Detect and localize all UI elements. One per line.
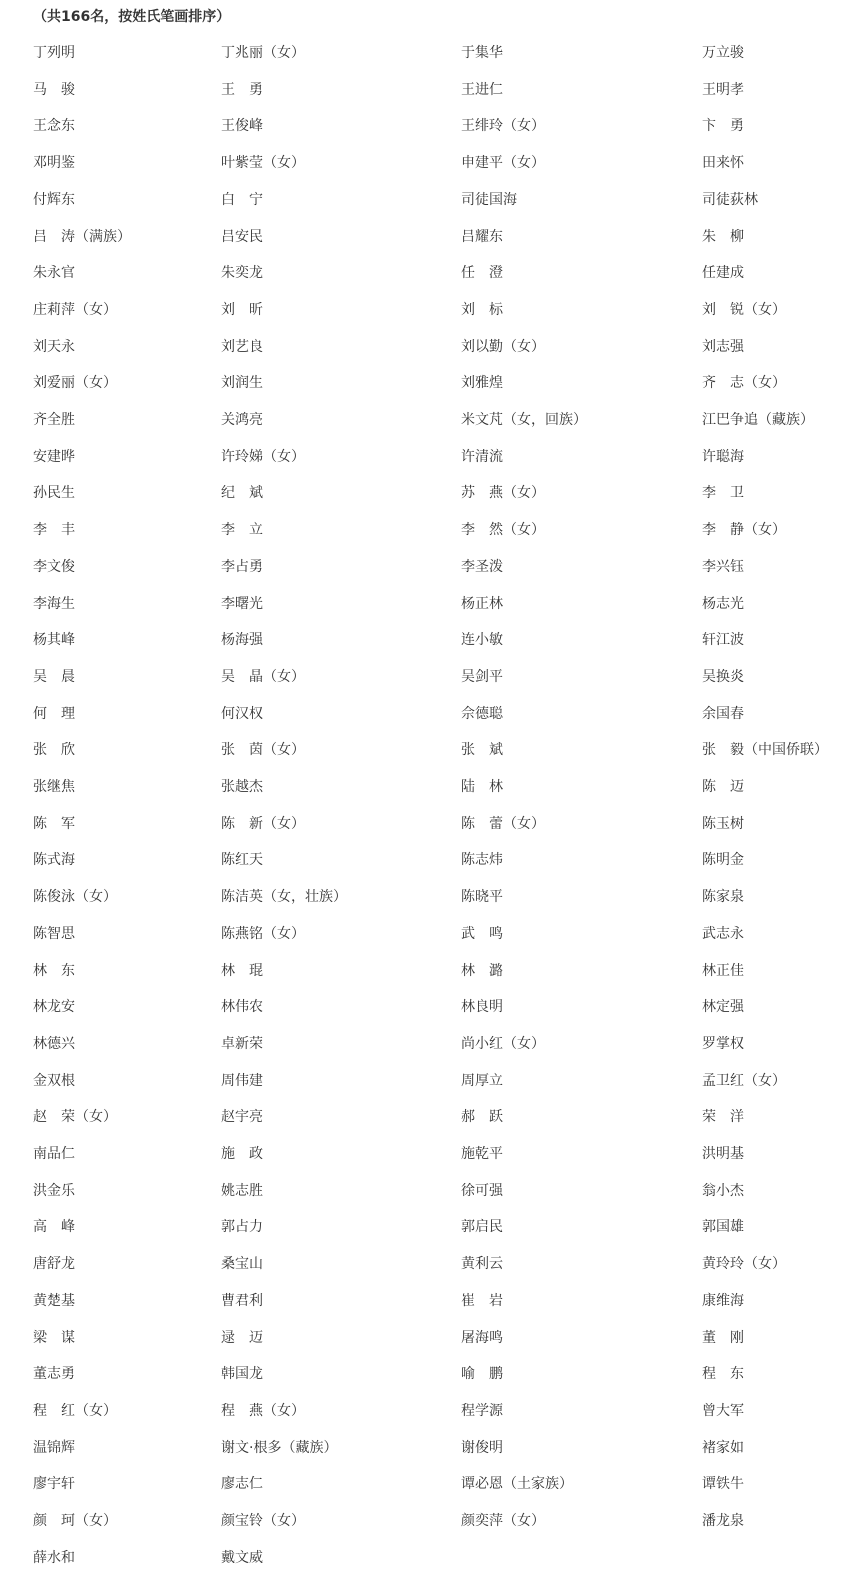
name-entry: 纪 斌 — [221, 483, 263, 503]
name-entry: 丁兆丽（女） — [221, 43, 305, 63]
name-entry: 张越杰 — [221, 777, 263, 797]
name-entry: 李 然（女） — [461, 520, 545, 540]
name-entry: 司徒国海 — [461, 190, 517, 210]
name-entry: 谭必恩（土家族） — [461, 1474, 573, 1494]
name-entry: 邓明鉴 — [33, 153, 75, 173]
name-entry: 高 峰 — [33, 1217, 75, 1237]
name-entry: 林龙安 — [33, 997, 75, 1017]
name-entry: 褚家如 — [702, 1438, 744, 1458]
name-entry: 黄利云 — [461, 1254, 503, 1274]
name-entry: 陈洁英（女，壮族） — [221, 887, 347, 907]
name-entry: 程学源 — [461, 1401, 503, 1421]
name-entry: 戴文威 — [221, 1548, 263, 1568]
name-row: 庄莉萍（女）刘 昕刘 标刘 锐（女） — [0, 300, 848, 320]
name-entry: 林德兴 — [33, 1034, 75, 1054]
name-entry: 王俊峰 — [221, 116, 263, 136]
name-entry: 桑宝山 — [221, 1254, 263, 1274]
name-entry: 李海生 — [33, 594, 75, 614]
name-entry: 陈玉树 — [702, 814, 744, 834]
name-row: 黄楚基曹君利崔 岩康维海 — [0, 1291, 848, 1311]
name-entry: 周伟建 — [221, 1071, 263, 1091]
name-entry: 朱奕龙 — [221, 263, 263, 283]
name-entry: 黄玲玲（女） — [702, 1254, 786, 1274]
name-entry: 孟卫红（女） — [702, 1071, 786, 1091]
name-entry: 荣 洋 — [702, 1107, 744, 1127]
name-row: 付辉东白 宁司徒国海司徒荻林 — [0, 190, 848, 210]
name-row: 朱永官朱奕龙任 澄任建成 — [0, 263, 848, 283]
name-entry: 杨志光 — [702, 594, 744, 614]
name-entry: 轩江波 — [702, 630, 744, 650]
name-entry: 董志勇 — [33, 1364, 75, 1384]
name-entry: 翁小杰 — [702, 1181, 744, 1201]
name-entry: 吴剑平 — [461, 667, 503, 687]
name-entry: 陈燕铭（女） — [221, 924, 305, 944]
name-row: 吕 涛（满族）吕安民吕耀东朱 柳 — [0, 227, 848, 247]
name-entry: 齐全胜 — [33, 410, 75, 430]
name-entry: 张 茵（女） — [221, 740, 305, 760]
name-entry: 程 红（女） — [33, 1401, 117, 1421]
name-row: 陈俊泳（女）陈洁英（女，壮族）陈晓平陈家泉 — [0, 887, 848, 907]
name-entry: 徐可强 — [461, 1181, 503, 1201]
name-entry: 陆 林 — [461, 777, 503, 797]
name-entry: 李文俊 — [33, 557, 75, 577]
name-entry: 许聪海 — [702, 447, 744, 467]
name-entry: 郝 跃 — [461, 1107, 503, 1127]
name-entry: 陈红天 — [221, 850, 263, 870]
name-entry: 林 东 — [33, 961, 75, 981]
name-entry: 安建晔 — [33, 447, 75, 467]
name-entry: 申建平（女） — [461, 153, 545, 173]
name-entry: 陈式海 — [33, 850, 75, 870]
name-entry: 郭国雄 — [702, 1217, 744, 1237]
name-row: 温锦辉谢文·根多（藏族）谢俊明褚家如 — [0, 1438, 848, 1458]
name-row: 林龙安林伟农林良明林定强 — [0, 997, 848, 1017]
name-entry: 齐 志（女） — [702, 373, 786, 393]
name-row: 李 丰李 立李 然（女）李 静（女） — [0, 520, 848, 540]
name-entry: 吕耀东 — [461, 227, 503, 247]
name-entry: 谢文·根多（藏族） — [221, 1438, 337, 1458]
name-row: 金双根周伟建周厚立孟卫红（女） — [0, 1071, 848, 1091]
name-entry: 赵宇亮 — [221, 1107, 263, 1127]
name-entry: 颜奕萍（女） — [461, 1511, 545, 1531]
name-entry: 吴换炎 — [702, 667, 744, 687]
name-row: 陈智思陈燕铭（女）武 鸣武志永 — [0, 924, 848, 944]
name-entry: 关鸿亮 — [221, 410, 263, 430]
name-entry: 潘龙泉 — [702, 1511, 744, 1531]
name-entry: 司徒荻林 — [702, 190, 758, 210]
name-entry: 周厚立 — [461, 1071, 503, 1091]
name-entry: 曹君利 — [221, 1291, 263, 1311]
name-entry: 尚小红（女） — [461, 1034, 545, 1054]
name-entry: 余国春 — [702, 704, 744, 724]
name-row: 林德兴卓新荣尚小红（女）罗掌权 — [0, 1034, 848, 1054]
name-entry: 刘 标 — [461, 300, 503, 320]
name-row: 颜 珂（女）颜宝铃（女）颜奕萍（女）潘龙泉 — [0, 1511, 848, 1531]
name-entry: 孙民生 — [33, 483, 75, 503]
name-entry: 郭占力 — [221, 1217, 263, 1237]
name-entry: 林 琨 — [221, 961, 263, 981]
name-entry: 金双根 — [33, 1071, 75, 1091]
name-entry: 刘润生 — [221, 373, 263, 393]
name-row: 丁列明丁兆丽（女）于集华万立骏 — [0, 43, 848, 63]
name-entry: 陈 迈 — [702, 777, 744, 797]
name-row: 南品仁施 政施乾平洪明基 — [0, 1144, 848, 1164]
name-entry: 刘爱丽（女） — [33, 373, 117, 393]
name-entry: 何 理 — [33, 704, 75, 724]
name-entry: 姚志胜 — [221, 1181, 263, 1201]
name-entry: 薛水和 — [33, 1548, 75, 1568]
name-entry: 陈 军 — [33, 814, 75, 834]
name-entry: 何汉权 — [221, 704, 263, 724]
name-entry: 王 勇 — [221, 80, 263, 100]
name-row: 梁 谋逯 迈屠海鸣董 刚 — [0, 1328, 848, 1348]
name-entry: 陈俊泳（女） — [33, 887, 117, 907]
name-row: 李海生李曙光杨正林杨志光 — [0, 594, 848, 614]
name-entry: 林伟农 — [221, 997, 263, 1017]
name-entry: 王明孝 — [702, 80, 744, 100]
name-entry: 赵 荣（女） — [33, 1107, 117, 1127]
name-entry: 丁列明 — [33, 43, 75, 63]
name-entry: 李 立 — [221, 520, 263, 540]
name-entry: 李 卫 — [702, 483, 744, 503]
name-entry: 李 静（女） — [702, 520, 786, 540]
name-entry: 刘 锐（女） — [702, 300, 786, 320]
name-entry: 付辉东 — [33, 190, 75, 210]
name-entry: 林定强 — [702, 997, 744, 1017]
name-row: 马 骏王 勇王进仁王明孝 — [0, 80, 848, 100]
name-entry: 王进仁 — [461, 80, 503, 100]
name-entry: 张 斌 — [461, 740, 503, 760]
name-entry: 廖宇轩 — [33, 1474, 75, 1494]
name-row: 林 东林 琨林 潞林正佳 — [0, 961, 848, 981]
name-entry: 崔 岩 — [461, 1291, 503, 1311]
name-entry: 李兴钰 — [702, 557, 744, 577]
name-entry: 郭启民 — [461, 1217, 503, 1237]
name-entry: 朱永官 — [33, 263, 75, 283]
name-entry: 江巴争追（藏族） — [702, 410, 814, 430]
name-row: 邓明鉴叶紫莹（女）申建平（女）田来怀 — [0, 153, 848, 173]
name-entry: 陈 蕾（女） — [461, 814, 545, 834]
name-entry: 洪金乐 — [33, 1181, 75, 1201]
name-row: 董志勇韩国龙喻 鹏程 东 — [0, 1364, 848, 1384]
name-entry: 洪明基 — [702, 1144, 744, 1164]
name-entry: 唐舒龙 — [33, 1254, 75, 1274]
name-entry: 吴 晨 — [33, 667, 75, 687]
name-entry: 杨海强 — [221, 630, 263, 650]
name-row: 廖宇轩廖志仁谭必恩（土家族）谭铁牛 — [0, 1474, 848, 1494]
name-entry: 王念东 — [33, 116, 75, 136]
name-row: 陈式海陈红天陈志炜陈明金 — [0, 850, 848, 870]
name-row: 李文俊李占勇李圣泼李兴钰 — [0, 557, 848, 577]
name-entry: 施 政 — [221, 1144, 263, 1164]
name-entry: 武志永 — [702, 924, 744, 944]
name-entry: 林良明 — [461, 997, 503, 1017]
name-entry: 杨其峰 — [33, 630, 75, 650]
name-entry: 任建成 — [702, 263, 744, 283]
name-row: 孙民生纪 斌苏 燕（女）李 卫 — [0, 483, 848, 503]
name-entry: 温锦辉 — [33, 1438, 75, 1458]
name-entry: 李曙光 — [221, 594, 263, 614]
name-entry: 陈晓平 — [461, 887, 503, 907]
name-row: 薛水和戴文威 — [0, 1548, 848, 1568]
name-entry: 叶紫莹（女） — [221, 153, 305, 173]
name-entry: 董 刚 — [702, 1328, 744, 1348]
name-entry: 张 欣 — [33, 740, 75, 760]
name-entry: 张 毅（中国侨联） — [702, 740, 828, 760]
name-entry: 林正佳 — [702, 961, 744, 981]
name-row: 洪金乐姚志胜徐可强翁小杰 — [0, 1181, 848, 1201]
name-entry: 康维海 — [702, 1291, 744, 1311]
name-entry: 万立骏 — [702, 43, 744, 63]
name-row: 张 欣张 茵（女）张 斌张 毅（中国侨联） — [0, 740, 848, 760]
name-row: 何 理何汉权佘德聪余国春 — [0, 704, 848, 724]
name-entry: 刘以勤（女） — [461, 337, 545, 357]
name-entry: 杨正林 — [461, 594, 503, 614]
name-entry: 廖志仁 — [221, 1474, 263, 1494]
name-entry: 于集华 — [461, 43, 503, 63]
name-entry: 南品仁 — [33, 1144, 75, 1164]
name-entry: 刘雅煌 — [461, 373, 503, 393]
name-row: 刘天永刘艺良刘以勤（女）刘志强 — [0, 337, 848, 357]
list-title: （共166名，按姓氏笔画排序） — [33, 7, 230, 27]
name-row: 张继焦张越杰陆 林陈 迈 — [0, 777, 848, 797]
name-entry: 陈 新（女） — [221, 814, 305, 834]
name-row: 安建晔许玲娣（女）许清流许聪海 — [0, 447, 848, 467]
name-entry: 武 鸣 — [461, 924, 503, 944]
name-row: 唐舒龙桑宝山黄利云黄玲玲（女） — [0, 1254, 848, 1274]
name-entry: 刘艺良 — [221, 337, 263, 357]
name-entry: 程 东 — [702, 1364, 744, 1384]
name-entry: 李 丰 — [33, 520, 75, 540]
name-entry: 黄楚基 — [33, 1291, 75, 1311]
name-row: 高 峰郭占力郭启民郭国雄 — [0, 1217, 848, 1237]
name-entry: 张继焦 — [33, 777, 75, 797]
name-entry: 吕安民 — [221, 227, 263, 247]
name-entry: 颜宝铃（女） — [221, 1511, 305, 1531]
name-entry: 米文芃（女，回族） — [461, 410, 587, 430]
name-entry: 李圣泼 — [461, 557, 503, 577]
name-row: 王念东王俊峰王绯玲（女）卞 勇 — [0, 116, 848, 136]
name-entry: 马 骏 — [33, 80, 75, 100]
name-row: 赵 荣（女）赵宇亮郝 跃荣 洋 — [0, 1107, 848, 1127]
name-entry: 李占勇 — [221, 557, 263, 577]
name-entry: 许清流 — [461, 447, 503, 467]
name-entry: 林 潞 — [461, 961, 503, 981]
name-entry: 程 燕（女） — [221, 1401, 305, 1421]
name-entry: 屠海鸣 — [461, 1328, 503, 1348]
name-entry: 罗掌权 — [702, 1034, 744, 1054]
name-entry: 吴 晶（女） — [221, 667, 305, 687]
name-entry: 韩国龙 — [221, 1364, 263, 1384]
name-row: 杨其峰杨海强连小敏轩江波 — [0, 630, 848, 650]
name-row: 程 红（女）程 燕（女）程学源曾大军 — [0, 1401, 848, 1421]
name-row: 齐全胜关鸿亮米文芃（女，回族）江巴争追（藏族） — [0, 410, 848, 430]
name-entry: 陈明金 — [702, 850, 744, 870]
name-entry: 陈智思 — [33, 924, 75, 944]
name-entry: 佘德聪 — [461, 704, 503, 724]
name-entry: 刘 昕 — [221, 300, 263, 320]
name-row: 陈 军陈 新（女）陈 蕾（女）陈玉树 — [0, 814, 848, 834]
name-entry: 王绯玲（女） — [461, 116, 545, 136]
name-row: 吴 晨吴 晶（女）吴剑平吴换炎 — [0, 667, 848, 687]
name-entry: 施乾平 — [461, 1144, 503, 1164]
name-entry: 田来怀 — [702, 153, 744, 173]
name-entry: 庄莉萍（女） — [33, 300, 117, 320]
name-entry: 喻 鹏 — [461, 1364, 503, 1384]
name-row: 刘爱丽（女）刘润生刘雅煌齐 志（女） — [0, 373, 848, 393]
name-entry: 陈家泉 — [702, 887, 744, 907]
name-entry: 刘志强 — [702, 337, 744, 357]
name-entry: 曾大军 — [702, 1401, 744, 1421]
name-entry: 任 澄 — [461, 263, 503, 283]
name-entry: 吕 涛（满族） — [33, 227, 131, 247]
name-entry: 谢俊明 — [461, 1438, 503, 1458]
name-entry: 许玲娣（女） — [221, 447, 305, 467]
name-entry: 卓新荣 — [221, 1034, 263, 1054]
name-entry: 谭铁牛 — [702, 1474, 744, 1494]
name-entry: 逯 迈 — [221, 1328, 263, 1348]
name-entry: 苏 燕（女） — [461, 483, 545, 503]
name-entry: 刘天永 — [33, 337, 75, 357]
name-entry: 颜 珂（女） — [33, 1511, 117, 1531]
name-entry: 卞 勇 — [702, 116, 744, 136]
name-entry: 连小敏 — [461, 630, 503, 650]
name-entry: 朱 柳 — [702, 227, 744, 247]
name-entry: 白 宁 — [221, 190, 263, 210]
name-entry: 梁 谋 — [33, 1328, 75, 1348]
name-entry: 陈志炜 — [461, 850, 503, 870]
